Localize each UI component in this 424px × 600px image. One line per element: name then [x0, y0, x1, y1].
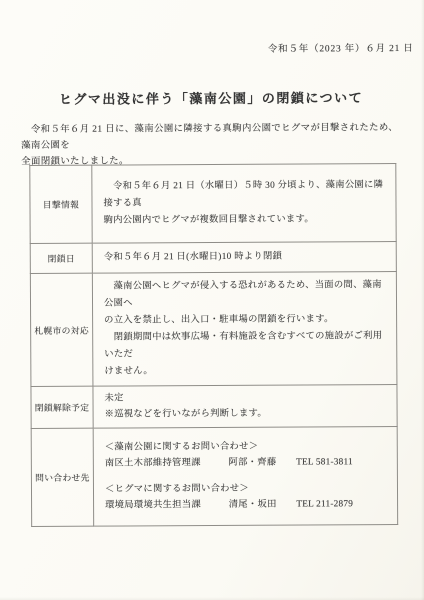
table-row-city-response: 札幌市の対応 藻南公園へヒグマが侵入する恐れがあるため、当面の間、藻南公園へ の… — [30, 272, 397, 387]
row-content-contact: ＜藻南公園に関するお問い合わせ＞ 南区土木部維持管理課 阿部・齊藤 TEL 58… — [93, 427, 398, 527]
intro-line-1: 令和５年６月 21 日に、藻南公園に隣接する真駒内公園でヒグマが目撃されたため、… — [21, 120, 403, 154]
contact-park-phone: TEL 581-3811 — [296, 457, 353, 467]
row-label-sighting-info: 目撃情報 — [30, 165, 92, 243]
scanned-document-page: 令和５年（2023 年）６月 21 日 ヒグマ出没に伴う「藻南公園」の閉鎖につい… — [0, 0, 424, 600]
contact-bear-phone: TEL 211-2879 — [296, 499, 353, 509]
contact-block-park: ＜藻南公園に関するお問い合わせ＞ 南区土木部維持管理課 阿部・齊藤 TEL 58… — [105, 439, 389, 471]
contact-park-line: 南区土木部維持管理課 阿部・齊藤 TEL 581-3811 — [105, 455, 389, 472]
reopen-line-2: ※巡視などを行いながら判断します。 — [105, 406, 389, 423]
table-row-reopen-schedule: 閉鎖解除予定 未定 ※巡視などを行いながら判断します。 — [31, 385, 397, 429]
contact-park-department: 南区土木部維持管理課 — [105, 455, 226, 471]
row-content-closure-date: 令和５年６月 21 日(水曜日)10 時より閉鎖 — [92, 242, 396, 274]
table-row-sighting-info: 目撃情報 令和５年６月 21 日（水曜日）５時 30 分頃より、藻南公園に隣接す… — [30, 164, 396, 244]
sighting-line-2: 駒内公園内でヒグマが複数回目撃されています。 — [104, 211, 388, 229]
response-line-2: の立入を禁止し、出入口・駐車場の閉鎖を行います。 — [104, 311, 388, 329]
contact-bear-persons: 清尾・坂田 — [229, 497, 294, 513]
contact-block-bear: ＜ヒグマに関するお問い合わせ＞ 環境局環境共生担当課 清尾・坂田 TEL 211… — [105, 481, 389, 513]
row-label-contact: 問い合わせ先 — [31, 428, 94, 526]
document-date: 令和５年（2023 年）６月 21 日 — [268, 40, 414, 55]
sighting-line-1: 令和５年６月 21 日（水曜日）５時 30 分頃より、藻南公園に隣接する真 — [103, 177, 387, 212]
document-title: ヒグマ出没に伴う「藻南公園」の閉鎖について — [0, 87, 423, 108]
row-content-sighting-info: 令和５年６月 21 日（水曜日）５時 30 分頃より、藻南公園に隣接する真 駒内… — [92, 164, 396, 244]
row-label-closure-date: 閉鎖日 — [30, 243, 92, 273]
row-label-reopen-schedule: 閉鎖解除予定 — [31, 386, 93, 428]
reopen-line-1: 未定 — [104, 390, 388, 407]
contact-bear-department: 環境局環境共生担当課 — [105, 497, 226, 513]
table-row-contact: 問い合わせ先 ＜藻南公園に関するお問い合わせ＞ 南区土木部維持管理課 阿部・齊藤… — [31, 427, 398, 527]
contact-bear-line: 環境局環境共生担当課 清尾・坂田 TEL 211-2879 — [105, 497, 389, 514]
contact-park-persons: 阿部・齊藤 — [228, 455, 293, 471]
document-content: 令和５年（2023 年）６月 21 日 ヒグマ出没に伴う「藻南公園」の閉鎖につい… — [0, 0, 424, 600]
notice-info-table: 目撃情報 令和５年６月 21 日（水曜日）５時 30 分頃より、藻南公園に隣接す… — [29, 163, 398, 527]
response-line-3: 閉鎖期間中は炊事広場・有料施設を含むすべての施設がご利用いただ — [104, 328, 388, 363]
response-line-1: 藻南公園へヒグマが侵入する恐れがあるため、当面の間、藻南公園へ — [104, 277, 388, 312]
table-row-closure-date: 閉鎖日 令和５年６月 21 日(水曜日)10 時より閉鎖 — [30, 242, 396, 274]
closure-date-line: 令和５年６月 21 日(水曜日)10 時より閉鎖 — [104, 248, 388, 266]
row-content-reopen-schedule: 未定 ※巡視などを行いながら判断します。 — [93, 385, 397, 429]
contact-park-heading: ＜藻南公園に関するお問い合わせ＞ — [105, 439, 389, 456]
row-label-city-response: 札幌市の対応 — [30, 273, 93, 386]
response-line-4: けません。 — [104, 362, 388, 380]
contact-bear-heading: ＜ヒグマに関するお問い合わせ＞ — [105, 481, 389, 498]
row-content-city-response: 藻南公園へヒグマが侵入する恐れがあるため、当面の間、藻南公園へ の立入を禁止し、… — [92, 272, 397, 387]
